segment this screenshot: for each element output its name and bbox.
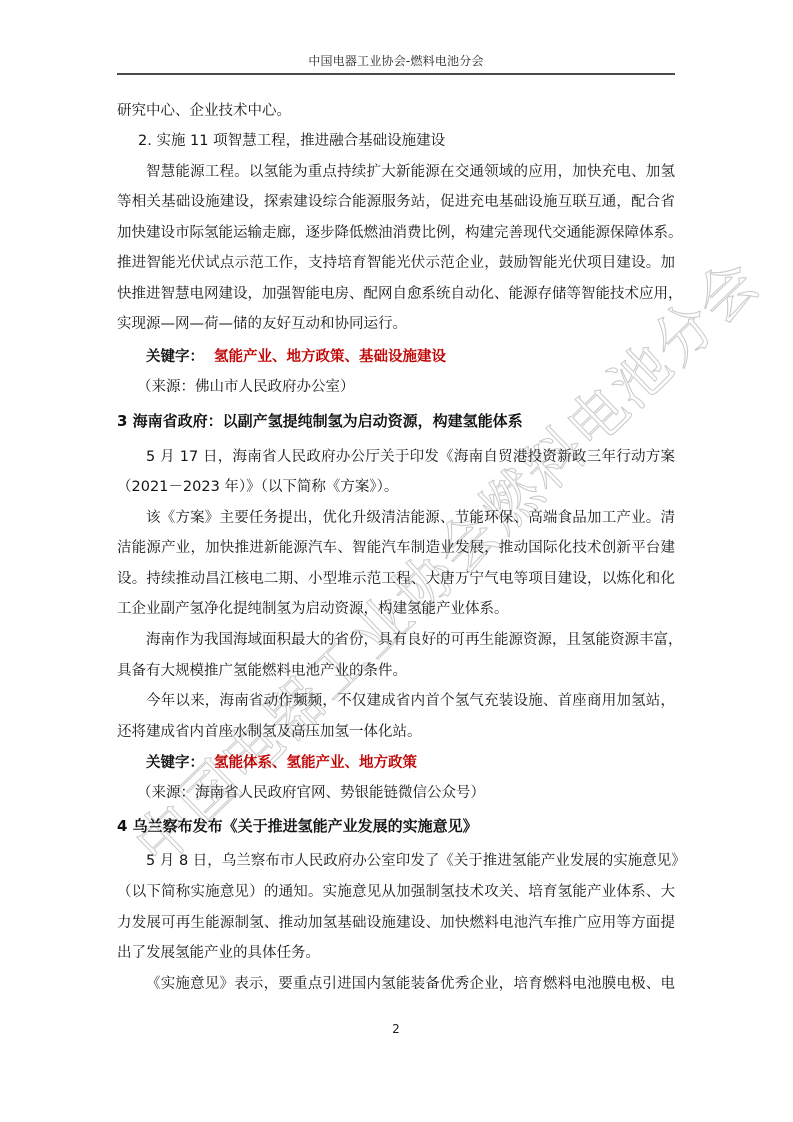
- keywords-label: 关键字：: [146, 349, 204, 365]
- paragraph-line: 5 月 8 日，乌兰察布市人民政府办公室印发了《关于推进氢能产业发展的实施意见》: [117, 851, 675, 871]
- page-header-title: 中国电器工业协会-燃料电池分会: [117, 52, 675, 69]
- paragraph-line: 加快建设市际氢能运输走廊，逐步降低燃油消费比例，构建完善现代交通能源保障体系。: [117, 223, 675, 243]
- paragraph-line: 工企业副产氢净化提纯制氢为启动资源，构建氢能产业体系。: [117, 599, 675, 619]
- paragraph-line: 智慧能源工程。以氢能为重点持续扩大新能源在交通领域的应用，加快充电、加氢: [117, 162, 675, 182]
- paragraph-line: 今年以来，海南省动作频频，不仅建成省内首个氢气充装设施、首座商用加氢站，: [117, 691, 675, 711]
- paragraph-line: 等相关基础设施建设，探索建设综合能源服务站，促进充电基础设施互联互通，配合省: [117, 192, 675, 212]
- paragraph-line: （2021－2023 年）》（以下简称《方案》）。: [117, 477, 675, 497]
- paragraph-line: 5 月 17 日，海南省人民政府办公厅关于印发《海南自贸港投资新政三年行动方案: [117, 447, 675, 467]
- keywords-value: 氢能产业、地方政策、基础设施建设: [214, 349, 446, 365]
- keywords-line: 关键字：氢能产业、地方政策、基础设施建设: [117, 347, 675, 367]
- keywords-label: 关键字：: [146, 755, 204, 771]
- paragraph-line: 该《方案》主要任务提出，优化升级清洁能源、节能环保、高端食品加工产业。清: [117, 508, 675, 528]
- paragraph-line: 《实施意见》表示，要重点引进国内氢能装备优秀企业，培育燃料电池膜电极、电: [117, 974, 675, 994]
- keywords-value: 氢能体系、氢能产业、地方政策: [214, 755, 417, 771]
- paragraph-line: （以下简称实施意见）的通知。实施意见从加强制氢技术攻关、培育氢能产业体系、大: [117, 882, 675, 902]
- paragraph-line: 研究中心、企业技术中心。: [117, 101, 675, 121]
- header-divider: [117, 73, 675, 75]
- source-note: （来源：海南省人民政府官网、势银能链微信公众号）: [117, 783, 695, 803]
- paragraph-line: 洁能源产业，加快推进新能源汽车、智能汽车制造业发展，推动国际化技术创新平台建: [117, 538, 675, 558]
- paragraph-line: 实现源—网—荷—储的友好互动和协同运行。: [117, 314, 675, 334]
- section-heading: 3 海南省政府：以副产氢提纯制氢为启动资源，构建氢能体系: [117, 411, 675, 431]
- paragraph-line: 推进智能光伏试点示范工作，支持培育智能光伏示范企业，鼓励智能光伏项目建设。加: [117, 253, 675, 273]
- page-number: 2: [388, 1022, 404, 1036]
- paragraph-line: 还将建成省内首座水制氢及高压加氢一体化站。: [117, 722, 675, 742]
- paragraph-line: 具备有大规模推广氢能燃料电池产业的条件。: [117, 661, 675, 681]
- source-note: （来源：佛山市人民政府办公室）: [117, 377, 695, 397]
- document-page: 中国电器工业协会-燃料电池分会 中国电器工业协会燃料电池分会 研究中心、企业技术…: [0, 0, 793, 1122]
- paragraph-line: 海南作为我国海域面积最大的省份，具有良好的可再生能源资源，且氢能资源丰富，: [117, 630, 675, 650]
- subsection-title: 2. 实施 11 项智慧工程，推进融合基础设施建设: [117, 131, 675, 151]
- section-heading: 4 乌兰察布发布《关于推进氢能产业发展的实施意见》: [117, 816, 675, 836]
- keywords-line: 关键字：氢能体系、氢能产业、地方政策: [117, 753, 675, 773]
- paragraph-line: 出了发展氢能产业的具体任务。: [117, 943, 675, 963]
- paragraph-line: 设。持续推动昌江核电二期、小型堆示范工程、大唐万宁气电等项目建设，以炼化和化: [117, 569, 675, 589]
- paragraph-line: 力发展可再生能源制氢、推动加氢基础设施建设、加快燃料电池汽车推广应用等方面提: [117, 913, 675, 933]
- paragraph-line: 快推进智慧电网建设，加强智能电房、配网自愈系统自动化、能源存储等智能技术应用，: [117, 284, 675, 304]
